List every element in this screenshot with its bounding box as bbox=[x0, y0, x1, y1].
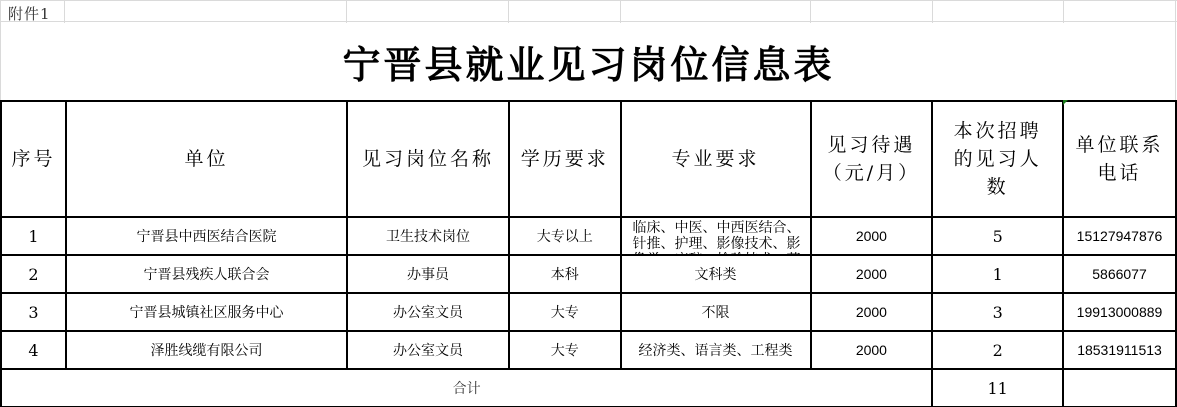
header-unit[interactable]: 单位 bbox=[66, 101, 347, 217]
header-phone-line: 电话 bbox=[1064, 159, 1175, 187]
cell-position[interactable]: 办公室文员 bbox=[347, 331, 509, 369]
cell-salary[interactable]: 2000 bbox=[811, 293, 933, 331]
cell-seq[interactable]: 3 bbox=[1, 293, 66, 331]
table-row: 4 泽胜线缆有限公司 办公室文员 大专 经济类、语言类、工程类 2000 2 1… bbox=[1, 331, 1176, 369]
cell-education[interactable]: 大专以上 bbox=[509, 217, 621, 255]
cell-headcount[interactable]: 1 bbox=[932, 255, 1063, 293]
header-headcount[interactable]: 本次招聘 的见习人 数 bbox=[932, 101, 1063, 217]
gridline bbox=[932, 1, 933, 23]
total-label[interactable]: 合计 bbox=[1, 369, 932, 407]
cell-education[interactable]: 本科 bbox=[509, 255, 621, 293]
header-headcount-line: 本次招聘 bbox=[933, 117, 1062, 145]
cell-major[interactable]: 不限 bbox=[621, 293, 811, 331]
cell-unit[interactable]: 宁晋县残疾人联合会 bbox=[66, 255, 347, 293]
cell-seq[interactable]: 1 bbox=[1, 217, 66, 255]
table-row: 2 宁晋县残疾人联合会 办事员 本科 文科类 2000 1 5866077 bbox=[1, 255, 1176, 293]
cell-phone[interactable]: 18531911513 bbox=[1063, 331, 1176, 369]
cell-unit[interactable]: 泽胜线缆有限公司 bbox=[66, 331, 347, 369]
header-headcount-line: 的见习人 bbox=[933, 145, 1062, 173]
header-salary-line: 见习待遇 bbox=[812, 131, 932, 159]
header-seq[interactable]: 序号 bbox=[1, 101, 66, 217]
header-position[interactable]: 见习岗位名称 bbox=[347, 101, 509, 217]
total-phone[interactable] bbox=[1063, 369, 1176, 407]
header-phone-line: 单位联系 bbox=[1064, 131, 1175, 159]
cell-salary[interactable]: 2000 bbox=[811, 331, 933, 369]
gridline bbox=[810, 1, 811, 23]
cell-headcount[interactable]: 2 bbox=[932, 331, 1063, 369]
gridline bbox=[0, 1, 1, 23]
header-row: 序号 单位 见习岗位名称 学历要求 专业要求 见习待遇 （元/月） 本次招聘 的… bbox=[1, 101, 1176, 217]
cell-major[interactable]: 经济类、语言类、工程类 bbox=[621, 331, 811, 369]
cell-position[interactable]: 办事员 bbox=[347, 255, 509, 293]
cell-salary[interactable]: 2000 bbox=[811, 217, 933, 255]
gridline bbox=[1063, 1, 1064, 23]
header-major[interactable]: 专业要求 bbox=[621, 101, 811, 217]
gridline bbox=[1175, 1, 1176, 23]
total-row: 合计 11 bbox=[1, 369, 1176, 407]
spreadsheet: 附件1 宁晋县就业见习岗位信息表 序号 单位 见习岗位名称 学历要求 专业要求 … bbox=[0, 0, 1177, 407]
cell-headcount[interactable]: 3 bbox=[932, 293, 1063, 331]
cell-phone[interactable]: 15127947876 bbox=[1063, 217, 1176, 255]
gridline bbox=[64, 1, 65, 23]
jobs-table: 序号 单位 见习岗位名称 学历要求 专业要求 见习待遇 （元/月） 本次招聘 的… bbox=[0, 100, 1177, 407]
gridline bbox=[620, 1, 621, 23]
cell-education[interactable]: 大专 bbox=[509, 331, 621, 369]
comment-indicator-icon bbox=[1063, 100, 1068, 105]
header-salary-line: （元/月） bbox=[812, 159, 932, 187]
cell-major-text: 临床、中医、中西医结合、针推、护理、影像技术、影像学、麻醉、检验技术、药学、中药… bbox=[626, 220, 808, 254]
cell-salary[interactable]: 2000 bbox=[811, 255, 933, 293]
cell-unit[interactable]: 宁晋县中西医结合医院 bbox=[66, 217, 347, 255]
header-salary[interactable]: 见习待遇 （元/月） bbox=[811, 101, 933, 217]
cell-major[interactable]: 文科类 bbox=[621, 255, 811, 293]
cell-phone[interactable]: 19913000889 bbox=[1063, 293, 1176, 331]
cell-headcount[interactable]: 5 bbox=[932, 217, 1063, 255]
total-headcount[interactable]: 11 bbox=[932, 369, 1063, 407]
table-row: 1 宁晋县中西医结合医院 卫生技术岗位 大专以上 临床、中医、中西医结合、针推、… bbox=[1, 217, 1176, 255]
cell-position[interactable]: 卫生技术岗位 bbox=[347, 217, 509, 255]
table-row: 3 宁晋县城镇社区服务中心 办公室文员 大专 不限 2000 3 1991300… bbox=[1, 293, 1176, 331]
cell-major[interactable]: 临床、中医、中西医结合、针推、护理、影像技术、影像学、麻醉、检验技术、药学、中药… bbox=[621, 217, 811, 255]
gridline bbox=[346, 1, 347, 23]
annex-row: 附件1 bbox=[0, 0, 1177, 22]
annex-label[interactable]: 附件1 bbox=[8, 3, 51, 24]
cell-seq[interactable]: 2 bbox=[1, 255, 66, 293]
cell-unit[interactable]: 宁晋县城镇社区服务中心 bbox=[66, 293, 347, 331]
cell-seq[interactable]: 4 bbox=[1, 331, 66, 369]
cell-education[interactable]: 大专 bbox=[509, 293, 621, 331]
gridline bbox=[508, 1, 509, 23]
page-title[interactable]: 宁晋县就业见习岗位信息表 bbox=[0, 22, 1177, 100]
header-headcount-line: 数 bbox=[933, 173, 1062, 201]
cell-phone[interactable]: 5866077 bbox=[1063, 255, 1176, 293]
cell-position[interactable]: 办公室文员 bbox=[347, 293, 509, 331]
header-phone[interactable]: 单位联系 电话 bbox=[1063, 101, 1176, 217]
header-education[interactable]: 学历要求 bbox=[509, 101, 621, 217]
